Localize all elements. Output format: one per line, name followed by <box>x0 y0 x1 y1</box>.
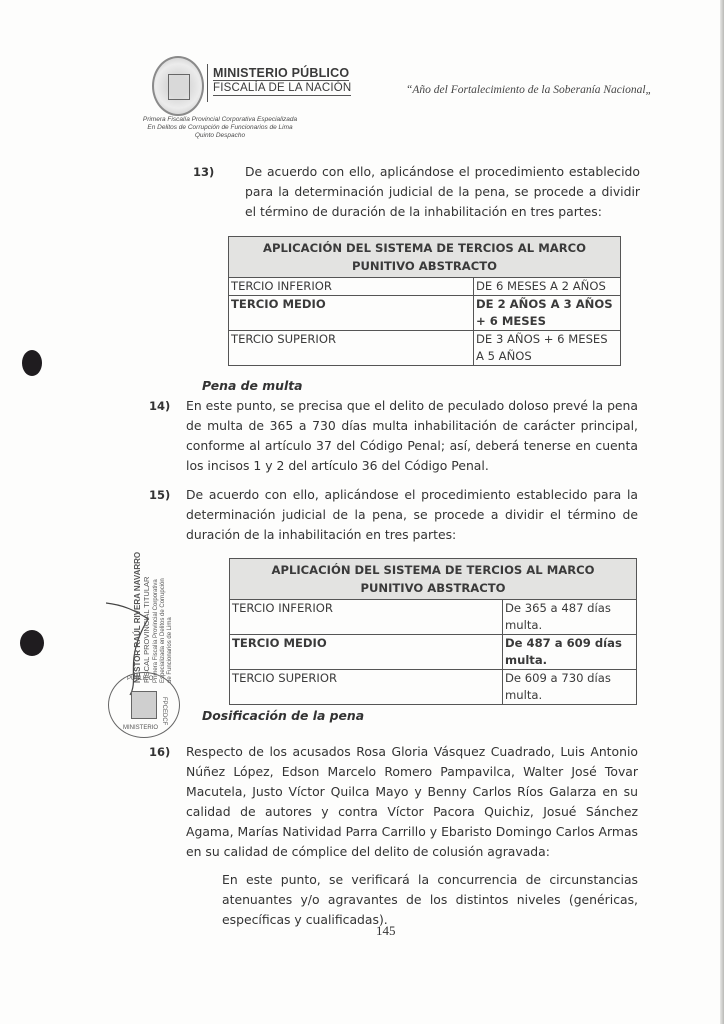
paragraph-13: 13) De acuerdo con ello, aplicándose el … <box>200 162 640 222</box>
punch-hole <box>22 350 42 376</box>
coat-of-arms-icon <box>152 56 204 116</box>
table-title: APLICACIÓN DEL SISTEMA DE TERCIOS AL MAR… <box>229 237 621 278</box>
paragraph-number: 16) <box>149 742 170 762</box>
row-label: TERCIO INFERIOR <box>229 278 474 296</box>
seal-text: MINISTERIO <box>123 725 158 731</box>
stamp-line: FISCAL PROVINCIAL TITULAR <box>142 577 151 683</box>
row-label: TERCIO INFERIOR <box>230 600 503 635</box>
org-subtitle: FISCALÍA DE LA NACIÓN <box>213 82 351 96</box>
paragraph-number: 13) <box>193 162 214 182</box>
seal-text: PÚBLICO <box>127 676 153 682</box>
paragraph-14: 14) En este punto, se precisa que el del… <box>186 396 638 476</box>
paragraph-text: En este punto, se precisa que el delito … <box>186 398 638 473</box>
row-value: De 609 a 730 días multa. <box>503 670 637 705</box>
paragraph-number: 15) <box>149 485 170 505</box>
org-name: MINISTERIO PÚBLICO <box>213 66 349 81</box>
unit-line: En Delitos de Corrupción de Funcionarios… <box>138 124 302 132</box>
unit-line: Quinto Despacho <box>138 132 302 140</box>
section-heading-multa: Pena de multa <box>202 378 303 393</box>
table-row: TERCIO INFERIOR DE 6 MESES A 2 AÑOS <box>229 278 621 296</box>
tercios-table-multa: APLICACIÓN DEL SISTEMA DE TERCIOS AL MAR… <box>229 558 637 705</box>
paragraph-16: 16) Respecto de los acusados Rosa Gloria… <box>186 742 638 862</box>
table-row: TERCIO SUPERIOR De 609 a 730 días multa. <box>230 670 637 705</box>
page-edge-shadow <box>720 0 724 1024</box>
stamp-line: de Funcionarios de Lima <box>167 617 173 683</box>
table-row: TERCIO MEDIO DE 2 AÑOS A 3 AÑOS + 6 MESE… <box>229 296 621 331</box>
paragraph-15: 15) De acuerdo con ello, aplicándose el … <box>186 485 638 545</box>
row-value: DE 3 AÑOS + 6 MESES A 5 AÑOS <box>474 331 621 366</box>
official-seal-icon: PÚBLICO MINISTERIO FPCEDCF <box>108 672 180 738</box>
header-divider <box>207 64 208 102</box>
year-motto: “Año del Fortalecimiento de la Soberanía… <box>406 84 652 96</box>
row-label: TERCIO MEDIO <box>229 296 474 331</box>
row-label: TERCIO SUPERIOR <box>230 670 503 705</box>
seal-text: FPCEDCF <box>161 697 167 725</box>
paragraph-text: Respecto de los acusados Rosa Gloria Vás… <box>186 744 638 859</box>
row-value: De 487 a 609 días multa. <box>503 635 637 670</box>
table-title: APLICACIÓN DEL SISTEMA DE TERCIOS AL MAR… <box>230 559 637 600</box>
tercios-table-inhabilitacion: APLICACIÓN DEL SISTEMA DE TERCIOS AL MAR… <box>228 236 621 366</box>
row-value: DE 6 MESES A 2 AÑOS <box>474 278 621 296</box>
row-label: TERCIO SUPERIOR <box>229 331 474 366</box>
paragraph-text: De acuerdo con ello, aplicándose el proc… <box>186 487 638 542</box>
fiscal-stamp: NESTOR RAÚL RIVERA NAVARRO FISCAL PROVIN… <box>128 548 183 683</box>
page-number: 145 <box>376 923 396 939</box>
paragraph-text: De acuerdo con ello, aplicándose el proc… <box>245 164 640 219</box>
table-row: TERCIO MEDIO De 487 a 609 días multa. <box>230 635 637 670</box>
table-row: TERCIO INFERIOR De 365 a 487 días multa. <box>230 600 637 635</box>
table-row: TERCIO SUPERIOR DE 3 AÑOS + 6 MESES A 5 … <box>229 331 621 366</box>
row-value: DE 2 AÑOS A 3 AÑOS + 6 MESES <box>474 296 621 331</box>
paragraph-number: 14) <box>149 396 170 416</box>
punch-hole <box>20 630 44 656</box>
office-unit: Primera Fiscalía Provincial Corporativa … <box>138 116 302 140</box>
row-label: TERCIO MEDIO <box>230 635 503 670</box>
stamp-line: Primera Fiscalía Provincial Corporativa <box>153 579 159 683</box>
unit-line: Primera Fiscalía Provincial Corporativa … <box>138 116 302 124</box>
stamp-line: Especializada en Delitos de Corrupción <box>160 578 166 683</box>
section-heading-dosificacion: Dosificación de la pena <box>202 708 364 723</box>
paragraph-16-continuation: En este punto, se verificará la concurre… <box>222 870 638 930</box>
stamp-line: NESTOR RAÚL RIVERA NAVARRO <box>133 552 142 683</box>
row-value: De 365 a 487 días multa. <box>503 600 637 635</box>
